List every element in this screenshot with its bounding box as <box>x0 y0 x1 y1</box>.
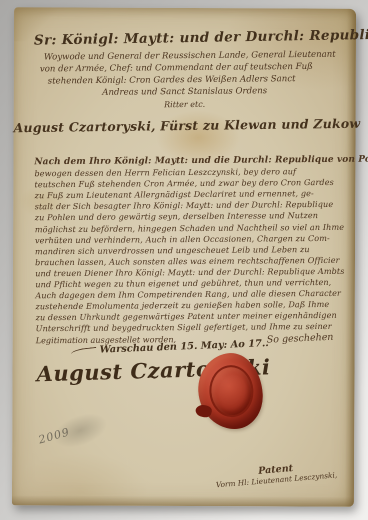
document-heading-line: stehenden Königl: Cron Gardes des Weißen… <box>48 74 348 87</box>
document-heading-line: von der Armée, Chef: und Commendant der … <box>40 62 340 75</box>
manuscript-paper: Sr: Königl: Maytt: und der Durchl: Repub… <box>12 7 356 506</box>
document-heading-line: Ritter etc. <box>14 98 356 110</box>
pen-flourish <box>70 347 97 358</box>
body-text-block: Nach dem Ihro Königl: Maytt: und die Dur… <box>34 155 347 346</box>
photograph-backdrop: Sr: Königl: Maytt: und der Durchl: Repub… <box>0 0 368 520</box>
manuscript-content: Sr: Königl: Maytt: und der Durchl: Repub… <box>12 7 356 506</box>
archival-docket: Patent Vorm Hl: Lieutenant Lesczynski, <box>205 459 346 491</box>
grantor-name-line: August Czartoryski, Fürst zu Klewan und … <box>13 116 355 135</box>
document-heading-line: Sr: Königl: Maytt: und der Durchl: Repub… <box>34 27 346 48</box>
closing-right-text: So geschehen <box>267 331 334 345</box>
document-heading-line: Andreas und Sanct Stanislaus Ordens <box>14 85 356 98</box>
document-heading-line: Woywode und General der Reussischen Land… <box>44 50 344 63</box>
